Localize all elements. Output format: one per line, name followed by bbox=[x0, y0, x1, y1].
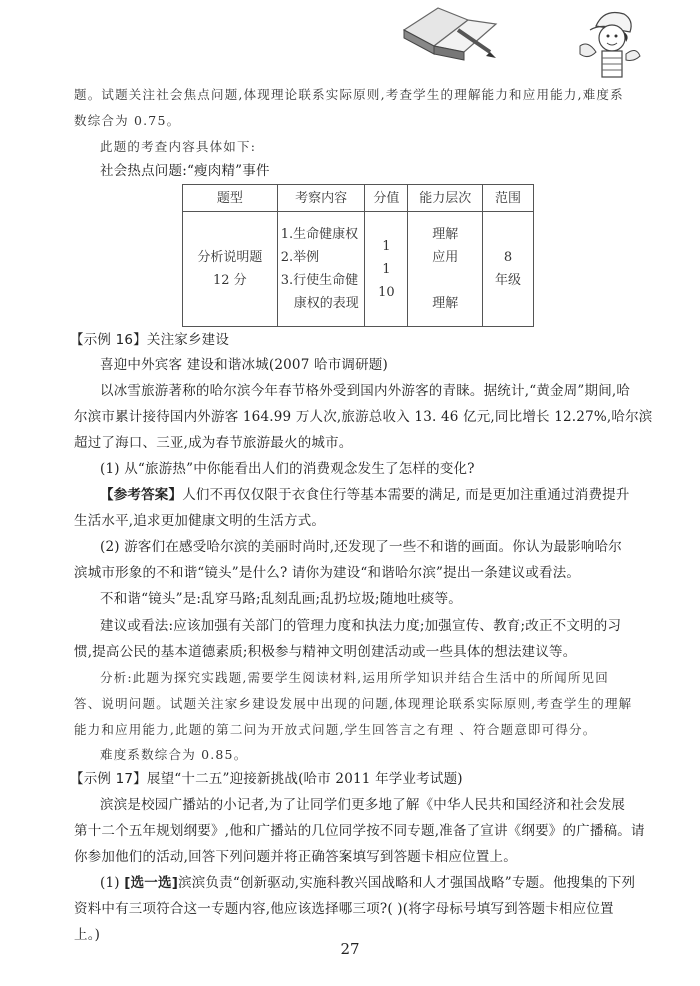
table-row: 分析说明题 12 分 1.生命健康权 2.举例 3.行使生命健 康权的表现 1 … bbox=[183, 212, 534, 327]
example-17-tag: 【示例 17】 bbox=[70, 771, 147, 787]
example-16-question-1: (1) 从“旅游热”中你能看出人们的消费观念发生了怎样的变化? bbox=[100, 459, 634, 479]
example-16-suggestion-line-2: 惯,提高公民的基本道德素质;积极参与精神文明创建活动或一些具体的想法建议等。 bbox=[74, 642, 634, 662]
example-17-para-line-1: 滨滨是校园广播站的小记者,为了让同学们更多地了解《中华人民共和国经济和社会发展 bbox=[100, 795, 634, 815]
cell-ability: 理解 应用 理解 bbox=[408, 212, 483, 327]
header-illustration: 思想品德 bbox=[390, 0, 700, 80]
header-cell-ability: 能力层次 bbox=[408, 185, 483, 212]
cell-content: 1.生命健康权 2.举例 3.行使生命健 康权的表现 bbox=[277, 212, 365, 327]
open-book-icon bbox=[398, 2, 508, 72]
example-16-para-line-2: 尔滨市累计接待国内外游客 164.99 万人次,旅游总收入 13. 46 亿元,… bbox=[74, 407, 634, 427]
header-cell-scope: 范围 bbox=[483, 185, 534, 212]
cell-scope: 8 年级 bbox=[483, 212, 534, 327]
example-17-question-1-line-2: 资料中有三项符合这一专题内容,他应该选择哪三项?( )(将字母标号填写到答题卡相… bbox=[74, 899, 634, 919]
intro-line-2: 数综合为 0.75。 bbox=[74, 111, 634, 131]
example-16-heading: 【示例 16】关注家乡建设 bbox=[70, 330, 630, 350]
example-16-title: 关注家乡建设 bbox=[147, 332, 229, 348]
example-16-question-2-line-1: (2) 游客们在感受哈尔滨的美丽时尚时,还发现了一些不和谐的画面。你认为最影响哈… bbox=[100, 537, 634, 557]
header-cell-content: 考察内容 bbox=[277, 185, 365, 212]
example-16-tag: 【示例 16】 bbox=[70, 332, 147, 348]
example-17-title: 展望“十二五”迎接新挑战(哈市 2011 年学业考试题) bbox=[147, 771, 463, 787]
choose-one-tag: [选一选] bbox=[124, 875, 178, 891]
intro-line-3: 此题的考查内容具体如下: bbox=[100, 137, 634, 157]
example-16-para-line-3: 超过了海口、三亚,成为春节旅游最火的城市。 bbox=[74, 433, 634, 453]
example-16-subtitle: 喜迎中外宾客 建设和谐冰城(2007 哈市调研题) bbox=[100, 355, 634, 375]
cell-score: 1 1 10 bbox=[365, 212, 408, 327]
example-17-para-line-3: 你参加他们的活动,回答下列问题并将正确答案填写到答题卡相应位置上。 bbox=[74, 847, 634, 867]
example-16-analysis-line-1: 分析:此题为探究实践题,需要学生阅读材料,运用所学知识并结合生活中的所闻所见回 bbox=[100, 668, 634, 688]
hot-topic-line: 社会热点问题:“瘦肉精”事件 bbox=[100, 161, 634, 181]
example-17-heading: 【示例 17】展望“十二五”迎接新挑战(哈市 2011 年学业考试题) bbox=[70, 769, 630, 789]
example-16-answer-line-1: 【参考答案】人们不再仅仅限于衣食住行等基本需要的满足, 而是更加注重通过消费提升 bbox=[100, 485, 634, 505]
example-16-analysis-line-2: 答、说明问题。试题关注家乡建设发展中出现的问题,体现理论联系实际原则,考查学生的… bbox=[74, 694, 634, 714]
page-number: 27 bbox=[0, 940, 700, 958]
example-16-difficulty: 难度系数综合为 0.85。 bbox=[100, 745, 634, 765]
example-16-analysis-line-3: 能力和应用能力,此题的第二问为开放式问题,学生回答言之有理 、符合题意即可得分。 bbox=[74, 720, 634, 740]
exam-content-table: 题型 考察内容 分值 能力层次 范围 分析说明题 12 分 1.生命健康权 2.… bbox=[182, 184, 534, 327]
example-17-para-line-2: 第十二个五年规划纲要》,他和广播站的几位同学按不同专题,准备了宣讲《纲要》的广播… bbox=[74, 821, 634, 841]
example-16-answer-line-2: 生活水平,追求更加健康文明的生活方式。 bbox=[74, 511, 634, 531]
intro-line-1: 题。试题关注社会焦点问题,体现理论联系实际原则,考查学生的理解能力和应用能力,难… bbox=[74, 85, 634, 105]
table-header-row: 题型 考察内容 分值 能力层次 范围 bbox=[183, 185, 534, 212]
reference-answer-tag: 【参考答案】 bbox=[100, 487, 182, 503]
header-cell-type: 题型 bbox=[183, 185, 278, 212]
example-16-suggestion-line-1: 建议或看法:应该加强有关部门的管理力度和执法力度;加强宣传、教育;改正不文明的习 bbox=[100, 616, 634, 636]
example-16-para-line-1: 以冰雪旅游著称的哈尔滨今年春节格外受到国内外游客的青睐。据统计,“黄金周”期间,… bbox=[100, 381, 634, 401]
example-16-answer-2-line-1: 不和谐“镜头”是:乱穿马路;乱刻乱画;乱扔垃圾;随地吐痰等。 bbox=[100, 589, 634, 609]
example-17-question-1-line-1: (1) [选一选]滨滨负责“创新驱动,实施科教兴国战略和人才强国战略”专题。他搜… bbox=[100, 873, 634, 893]
example-16-question-2-line-2: 滨城市形象的不和谐“镜头”是什么? 请你为建设“和谐哈尔滨”提出一条建议或看法。 bbox=[74, 563, 634, 583]
header-cell-score: 分值 bbox=[365, 185, 408, 212]
mascot-boy-icon bbox=[570, 2, 650, 80]
cell-type: 分析说明题 12 分 bbox=[183, 212, 278, 327]
